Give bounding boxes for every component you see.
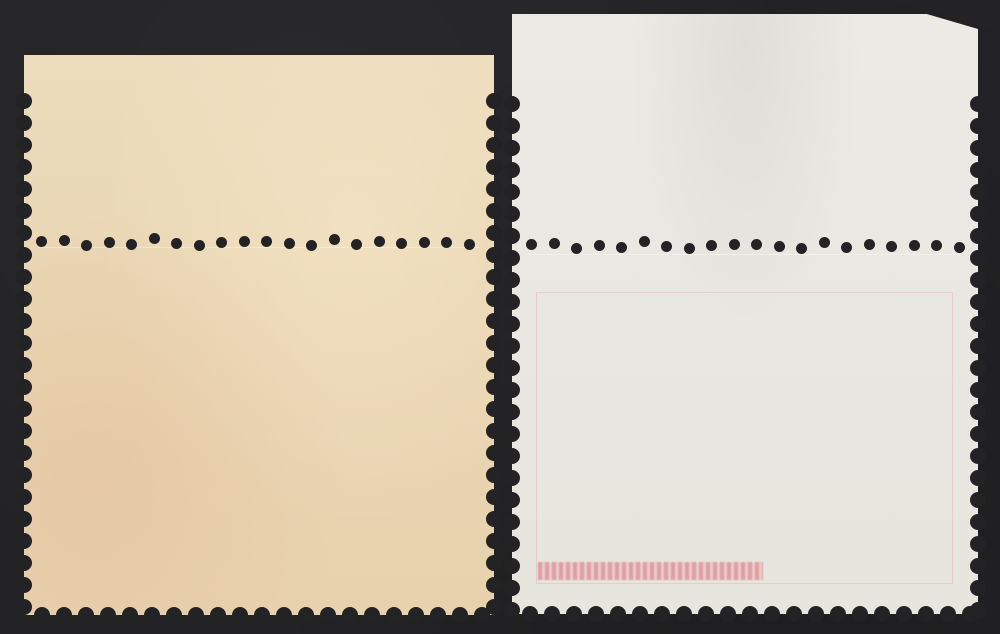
edge-perforation — [610, 606, 626, 622]
red-design-show-through — [536, 292, 953, 584]
edge-perforation — [504, 536, 520, 552]
edge-perforation — [566, 606, 582, 622]
edge-perforation — [504, 360, 520, 376]
perforation-hole — [329, 234, 340, 245]
perforation-hole — [396, 238, 407, 249]
edge-perforation — [852, 606, 868, 622]
edge-perforation — [504, 228, 520, 244]
perforation-hole — [374, 236, 385, 247]
edge-perforation — [654, 606, 670, 622]
edge-perforation — [16, 115, 32, 131]
edge-perforation — [970, 140, 986, 156]
edge-perforation — [16, 93, 32, 109]
edge-perforation — [78, 607, 94, 623]
edge-perforation — [970, 558, 986, 574]
edge-perforation — [486, 555, 502, 571]
edge-perforation — [16, 555, 32, 571]
perforation-hole — [931, 240, 942, 251]
edge-perforation — [276, 607, 292, 623]
perforation-hole — [419, 237, 430, 248]
perforation-hole — [954, 242, 965, 253]
edge-perforation — [504, 470, 520, 486]
edge-perforation — [970, 272, 986, 288]
perforation-hole — [149, 233, 160, 244]
edge-perforation — [34, 607, 50, 623]
edge-perforation — [544, 606, 560, 622]
edge-perforation — [504, 96, 520, 112]
edge-perforation — [504, 140, 520, 156]
edge-perforation — [16, 335, 32, 351]
edge-perforation — [504, 294, 520, 310]
edge-perforation — [364, 607, 380, 623]
edge-perforation — [504, 184, 520, 200]
edge-perforation — [504, 316, 520, 332]
edge-perforation — [742, 606, 758, 622]
perforation-hole — [261, 236, 272, 247]
edge-perforation — [486, 401, 502, 417]
edge-perforation — [504, 118, 520, 134]
edge-perforation — [452, 607, 468, 623]
edge-perforation — [486, 181, 502, 197]
edge-perforation — [16, 203, 32, 219]
edge-perforation — [16, 269, 32, 285]
perforation-hole — [886, 241, 897, 252]
edge-perforation — [486, 269, 502, 285]
edge-perforation — [16, 313, 32, 329]
edge-perforation — [486, 357, 502, 373]
perforation-hole — [616, 242, 627, 253]
edge-perforation — [486, 247, 502, 263]
edge-perforation — [970, 118, 986, 134]
edge-perforation — [16, 489, 32, 505]
edge-perforation — [122, 607, 138, 623]
edge-perforation — [320, 607, 336, 623]
edge-perforation — [504, 580, 520, 596]
perforation-hole — [171, 238, 182, 249]
edge-perforation — [504, 514, 520, 530]
edge-perforation — [56, 607, 72, 623]
edge-perforation — [16, 247, 32, 263]
edge-perforation — [940, 606, 956, 622]
edge-perforation — [16, 225, 32, 241]
edge-perforation — [970, 580, 986, 596]
edge-perforation — [632, 606, 648, 622]
edge-perforation — [896, 606, 912, 622]
edge-perforation — [486, 335, 502, 351]
edge-perforation — [408, 607, 424, 623]
edge-perforation — [16, 159, 32, 175]
edge-perforation — [16, 137, 32, 153]
edge-perforation — [486, 467, 502, 483]
edge-perforation — [254, 607, 270, 623]
perforation-hole — [59, 235, 70, 246]
edge-perforation — [970, 492, 986, 508]
edge-perforation — [16, 511, 32, 527]
edge-perforation — [16, 445, 32, 461]
edge-perforation — [386, 607, 402, 623]
edge-perforation — [504, 602, 520, 618]
edge-perforation — [504, 250, 520, 266]
perforation-hole — [464, 239, 475, 250]
perforation-hole — [216, 237, 227, 248]
edge-perforation — [16, 599, 32, 615]
perforation-hole — [639, 236, 650, 247]
edge-perforation — [486, 159, 502, 175]
perforation-hole — [729, 239, 740, 250]
edge-perforation — [830, 606, 846, 622]
edge-perforation — [504, 206, 520, 222]
perforation-hole — [441, 237, 452, 248]
perforation-hole — [549, 238, 560, 249]
edge-perforation — [970, 316, 986, 332]
edge-perforation — [522, 606, 538, 622]
edge-perforation — [970, 470, 986, 486]
edge-perforation — [970, 338, 986, 354]
perforation-hole — [104, 237, 115, 248]
edge-perforation — [16, 577, 32, 593]
edge-perforation — [232, 607, 248, 623]
photo-canvas: { "scene": { "description": "Backs of tw… — [0, 0, 1000, 634]
edge-perforation — [188, 607, 204, 623]
perforation-hole — [284, 238, 295, 249]
edge-perforation — [144, 607, 160, 623]
perforation-hole — [239, 236, 250, 247]
edge-perforation — [970, 404, 986, 420]
edge-perforation — [918, 606, 934, 622]
edge-perforation — [504, 448, 520, 464]
edge-perforation — [970, 96, 986, 112]
edge-perforation — [16, 533, 32, 549]
edge-perforation — [486, 313, 502, 329]
edge-perforation — [504, 558, 520, 574]
perforation-hole — [706, 240, 717, 251]
perforation-hole — [841, 242, 852, 253]
perforation-hole — [126, 239, 137, 250]
edge-perforation — [16, 291, 32, 307]
edge-perforation — [676, 606, 692, 622]
edge-perforation — [486, 489, 502, 505]
edge-perforation — [786, 606, 802, 622]
edge-perforation — [504, 162, 520, 178]
edge-perforation — [16, 379, 32, 395]
edge-perforation — [166, 607, 182, 623]
perforation-hole — [684, 243, 695, 254]
edge-perforation — [100, 607, 116, 623]
edge-perforation — [486, 115, 502, 131]
edge-perforation — [698, 606, 714, 622]
perforation-hole — [571, 243, 582, 254]
edge-perforation — [486, 203, 502, 219]
edge-perforation — [504, 404, 520, 420]
edge-perforation — [342, 607, 358, 623]
edge-perforation — [970, 250, 986, 266]
edge-perforation — [720, 606, 736, 622]
left-perforation-row — [24, 238, 494, 252]
red-inscription-show-through — [538, 562, 763, 580]
edge-perforation — [970, 448, 986, 464]
perforation-hole — [774, 241, 785, 252]
perforation-hole — [194, 240, 205, 251]
left-stamp — [24, 55, 494, 615]
edge-perforation — [504, 272, 520, 288]
perforation-hole — [661, 241, 672, 252]
edge-perforation — [486, 225, 502, 241]
edge-perforation — [970, 228, 986, 244]
edge-perforation — [486, 577, 502, 593]
perforation-hole — [819, 237, 830, 248]
edge-perforation — [16, 181, 32, 197]
edge-perforation — [970, 536, 986, 552]
edge-perforation — [298, 607, 314, 623]
edge-perforation — [474, 607, 490, 623]
edge-perforation — [16, 467, 32, 483]
edge-perforation — [970, 294, 986, 310]
edge-perforation — [504, 338, 520, 354]
edge-perforation — [764, 606, 780, 622]
perforation-hole — [751, 239, 762, 250]
edge-perforation — [970, 426, 986, 442]
edge-perforation — [504, 492, 520, 508]
edge-perforation — [486, 291, 502, 307]
edge-perforation — [962, 606, 978, 622]
edge-perforation — [486, 423, 502, 439]
edge-perforation — [430, 607, 446, 623]
left-stamp-paper — [24, 55, 494, 615]
edge-perforation — [486, 379, 502, 395]
edge-perforation — [504, 426, 520, 442]
edge-perforation — [486, 137, 502, 153]
perforation-hole — [351, 239, 362, 250]
right-stamp — [512, 14, 978, 614]
edge-perforation — [486, 511, 502, 527]
right-perforation-row — [512, 241, 978, 255]
edge-perforation — [16, 401, 32, 417]
perforation-hole — [909, 240, 920, 251]
edge-perforation — [16, 357, 32, 373]
edge-perforation — [808, 606, 824, 622]
edge-perforation — [588, 606, 604, 622]
edge-perforation — [210, 607, 226, 623]
edge-perforation — [504, 382, 520, 398]
perforation-hole — [526, 239, 537, 250]
edge-perforation — [970, 514, 986, 530]
edge-perforation — [970, 360, 986, 376]
perforation-hole — [864, 239, 875, 250]
perforation-hole — [594, 240, 605, 251]
perforation-hole — [36, 236, 47, 247]
perforation-hole — [796, 243, 807, 254]
edge-perforation — [16, 423, 32, 439]
edge-perforation — [970, 206, 986, 222]
edge-perforation — [486, 445, 502, 461]
edge-perforation — [970, 162, 986, 178]
edge-perforation — [970, 382, 986, 398]
edge-perforation — [874, 606, 890, 622]
edge-perforation — [970, 184, 986, 200]
perforation-hole — [81, 240, 92, 251]
edge-perforation — [486, 533, 502, 549]
perforation-hole — [306, 240, 317, 251]
edge-perforation — [486, 93, 502, 109]
